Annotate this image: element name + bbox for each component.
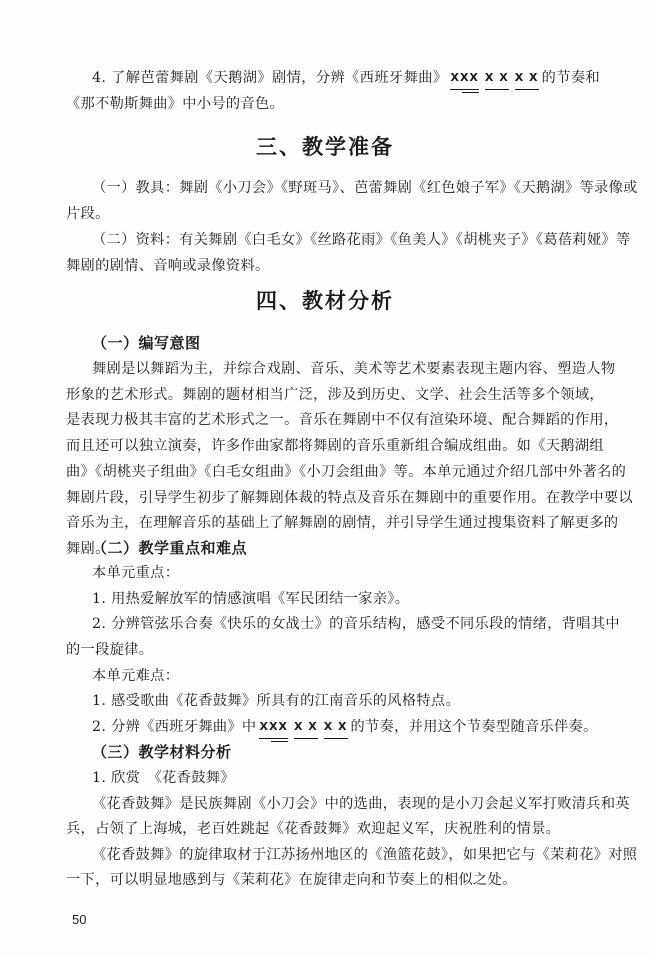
objective-item-4-cont: 《那不勒斯舞曲》中小号的音色。 (66, 94, 284, 114)
document-page: 4. 了解芭蕾舞剧《天鹅湖》剧情，分辨《西班牙舞曲》XXXX XX X的节奏和 … (0, 0, 650, 956)
page-number: 50 (72, 912, 86, 927)
intent-line: 音乐为主，在理解音乐的基础上了解舞剧的剧情，并引导学生通过搜集资料了解更多的 (66, 513, 600, 533)
section-title-4: 四、教材分析 (0, 287, 650, 315)
rhythm-notation: XXXX XX X (256, 717, 350, 739)
subsection-heading-1: （一）编写意图 (92, 333, 201, 353)
difficulties-label: 本单元难点： (92, 666, 179, 686)
intent-line: 是表现力极其丰富的艺术形式之一。音乐在舞剧中不仅有渲染环境、配合舞蹈的作用， (66, 410, 600, 430)
difficulty-1: 1. 感受歌曲《花香鼓舞》所具有的江南音乐的风格特点。 (92, 691, 460, 711)
material-item-1: 1. 欣赏 《花香鼓舞》 (92, 768, 235, 788)
subsection-heading-3: （三）教学材料分析 (92, 742, 232, 762)
material-paragraph: 《花香鼓舞》的旋律取材于江苏扬州地区的《渔篮花鼓》，如果把它与《茉莉花》对照 (92, 845, 600, 865)
key-point-2: 2. 分辨管弦乐合奏《快乐的女战士》的音乐结构，感受不同乐段的情绪，背唱其中 (92, 614, 600, 634)
section-title-3: 三、教学准备 (0, 133, 650, 161)
difficulty-2: 2. 分辨《西班牙舞曲》中XXXX XX X的节奏，并用这个节奏型随音乐伴奏。 (92, 717, 598, 739)
equipment-paragraph: （一）教具：舞剧《小刀会》《野斑马》、芭蕾舞剧《红色娘子军》《天鹅湖》等录像或 (92, 178, 600, 198)
intent-line: 曲》《胡桃夹子组曲》《白毛女组曲》《小刀会组曲》等。本单元通过介绍几部中外著名的 (66, 462, 600, 482)
intent-line: 而且还可以独立演奏，许多作曲家都将舞剧的音乐重新组合编成组曲。如《天鹅湖组 (66, 436, 600, 456)
objective-item-4: 4. 了解芭蕾舞剧《天鹅湖》剧情，分辨《西班牙舞曲》XXXX XX X的节奏和 (92, 68, 600, 90)
materials-paragraph: （二）资料：有关舞剧《白毛女》《丝路花雨》《鱼美人》《胡桃夹子》《葛蓓莉娅》等 (92, 230, 600, 250)
key-points-label: 本单元重点： (92, 563, 179, 583)
key-point-2-cont: 的一段旋律。 (66, 640, 153, 660)
subsection-heading-2: （二）教学重点和难点 (92, 538, 247, 558)
material-paragraph-cont: 一下，可以明显地感到与《茉莉花》在旋律走向和节奏上的相似之处。 (66, 870, 517, 890)
key-point-1: 1. 用热爱解放军的情感演唱《军民团结一家亲》。 (92, 589, 409, 609)
equipment-paragraph-cont: 片段。 (66, 204, 110, 224)
intent-line: 舞剧是以舞蹈为主，并综合戏剧、音乐、美术等艺术要素表现主题内容、塑造人物 (92, 359, 600, 379)
material-paragraph-cont: 兵，占领了上海城，老百姓跳起《花香鼓舞》欢迎起义军，庆祝胜利的情景。 (66, 819, 560, 839)
materials-paragraph-cont: 舞剧的剧情、音响或录像资料。 (66, 256, 270, 276)
intent-line: 舞剧片段，引导学生初步了解舞剧体裁的特点及音乐在舞剧中的重要作用。在教学中要以 (66, 488, 600, 508)
intent-line: 形象的艺术形式。舞剧的题材相当广泛，涉及到历史、文学、社会生活等多个领域， (66, 385, 600, 405)
rhythm-notation: XXXX XX X (447, 68, 541, 90)
objective-item-4-text: 4. 了解芭蕾舞剧《天鹅湖》剧情，分辨《西班牙舞曲》 (92, 70, 447, 86)
material-paragraph: 《花香鼓舞》是民族舞剧《小刀会》中的选曲，表现的是小刀会起义军打败清兵和英 (92, 794, 600, 814)
